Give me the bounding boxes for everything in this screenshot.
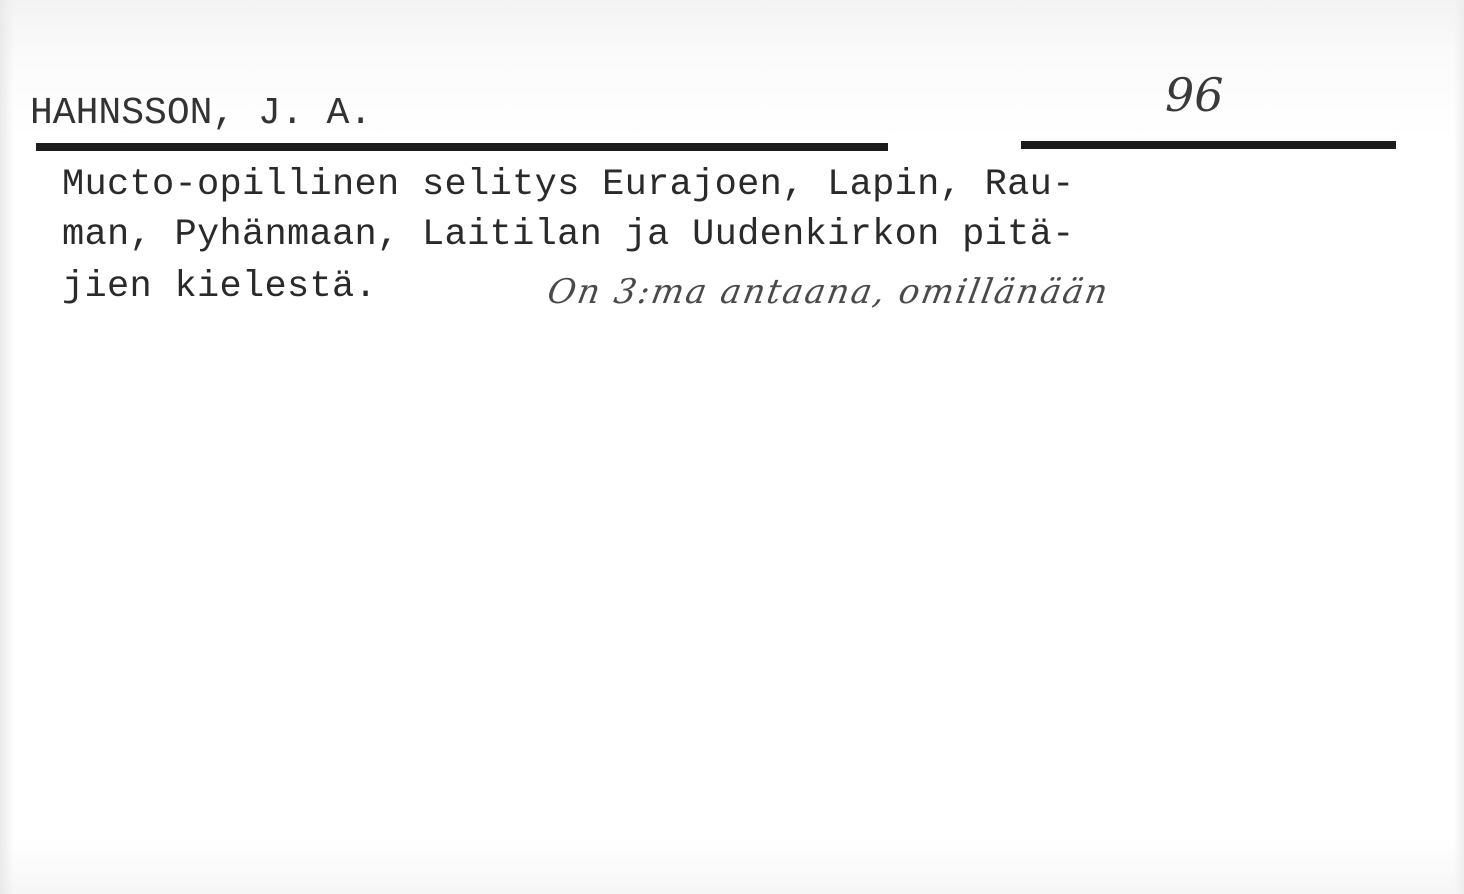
title-line-2: man, Pyhänmaan, Laitilan ja Uudenkirkon …: [62, 214, 1075, 256]
catalog-card: HAHNSSON, J. A. 96 Mucto-opillinen selit…: [0, 0, 1464, 894]
handwritten-note: On 3:ma antaana, omillänään: [544, 272, 1112, 312]
title-line-1: Mucto-opillinen selitys Eurajoen, Lapin,…: [62, 164, 1075, 206]
call-number-underline: [1021, 141, 1396, 149]
call-number: 96: [1165, 68, 1224, 122]
author-heading: HAHNSSON, J. A.: [30, 92, 372, 135]
heading-underline: [36, 143, 888, 151]
title-line-3: jien kielestä.: [62, 266, 377, 308]
